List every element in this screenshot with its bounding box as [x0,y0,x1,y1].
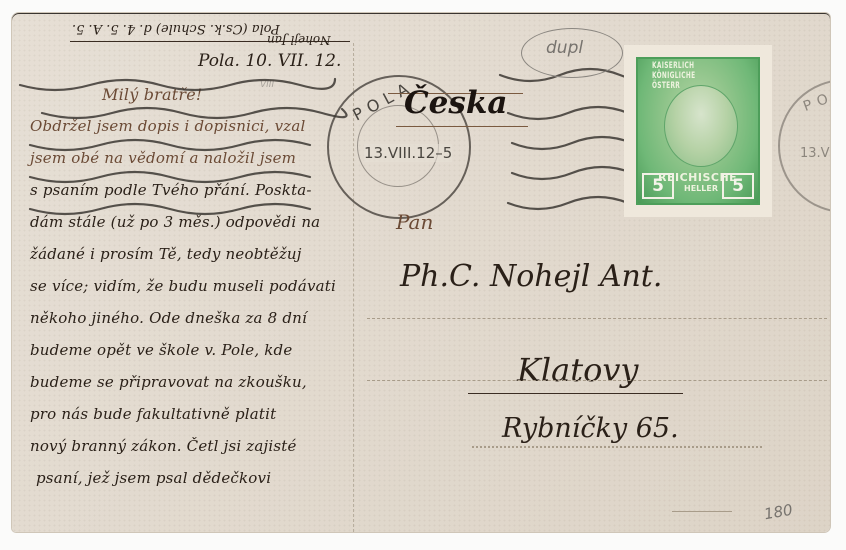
address-salutation: Pan [396,210,433,234]
address-line-1 [367,318,827,319]
stamp-value-right: 5 [722,173,754,199]
nationality-underline-bottom [396,126,528,127]
city-underline [468,393,683,394]
postage-stamp: KAISERLICH KÖNIGLICHE ÖSTERR REICHISCHE … [628,49,768,213]
address-line-2 [367,380,827,381]
stamp-design: KAISERLICH KÖNIGLICHE ÖSTERR REICHISCHE … [636,57,760,205]
postcard: Pola (Cs.k. Schule) d. 4. 5. A. 5. Nohej… [12,13,830,532]
postmark-2-date: 13.VI [800,146,830,161]
stamp-value-left: 5 [642,173,674,199]
address-city: Klatovy [517,351,639,389]
address-street: Rybníčky 65. [502,413,679,444]
address-name: Ph.C. Nohejl Ant. [400,259,662,294]
pencil-oval-note: dupl [546,38,583,58]
address-line-4 [672,511,732,512]
address-line-3 [472,446,762,448]
stamp-text-top: KAISERLICH KÖNIGLICHE ÖSTERR [652,61,758,91]
stamp-portrait [664,85,738,167]
nationality-mark: Česka [404,85,507,121]
stamp-unit: HELLER [684,184,718,193]
postmark-date: 13.VIII.12–5 [364,144,452,162]
